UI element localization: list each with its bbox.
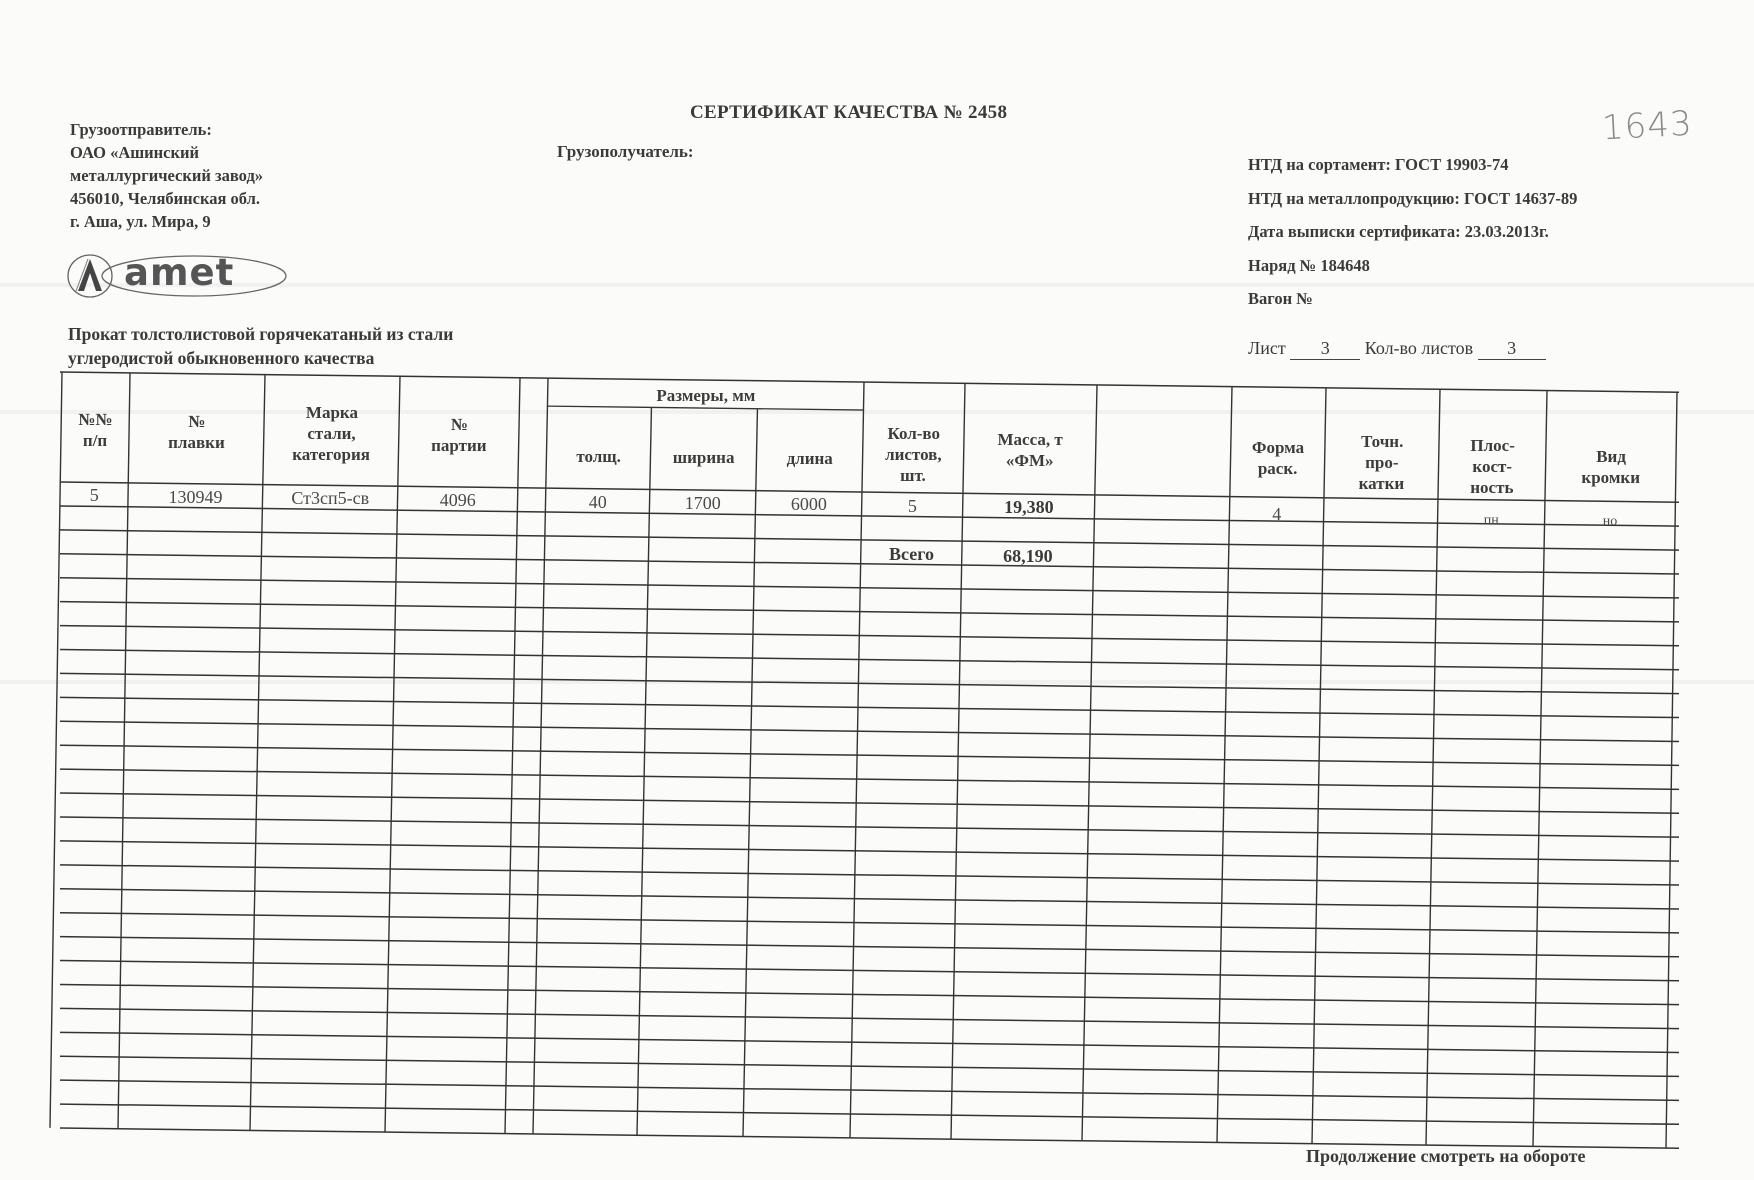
header-quantity: листов, bbox=[885, 445, 942, 465]
header-roll-accuracy: про- bbox=[1365, 453, 1398, 473]
sender-line: г. Аша, ул. Мира, 9 bbox=[70, 210, 263, 233]
product-description: Прокат толстолистовой горячекатаный из с… bbox=[68, 322, 453, 370]
header-num: п/п bbox=[83, 431, 107, 451]
header-grade: стали, bbox=[307, 424, 355, 444]
sheet-value: 3 bbox=[1290, 338, 1360, 360]
cell-mass: 19,380 bbox=[1004, 497, 1054, 517]
cell-width: 1700 bbox=[685, 493, 721, 513]
continuation-note: Продолжение смотреть на обороте bbox=[1306, 1146, 1585, 1167]
cell-thickness: 40 bbox=[589, 492, 607, 512]
sheet-count-value: 3 bbox=[1478, 338, 1546, 360]
header-flatness: Плос- bbox=[1470, 436, 1514, 456]
header-batch: № bbox=[451, 415, 468, 435]
total-label: Всего bbox=[889, 544, 934, 564]
product-ntd: НТД на металлопродукцию: ГОСТ 14637-89 bbox=[1248, 182, 1577, 216]
sender-line: 456010, Челябинская обл. bbox=[70, 187, 263, 210]
header-mass: Масса, т bbox=[998, 430, 1063, 450]
header-heat: № bbox=[188, 412, 205, 432]
header-thickness: толщ. bbox=[576, 447, 621, 467]
sender-block: Грузоотправитель: ОАО «Ашинский металлур… bbox=[70, 118, 263, 233]
cell-grade: Ст3сп5-св bbox=[291, 488, 369, 508]
cell-num: 5 bbox=[90, 485, 99, 505]
header-quantity: Кол-во bbox=[887, 424, 940, 444]
sender-label: Грузоотправитель: bbox=[70, 118, 263, 141]
scan-artifact bbox=[0, 680, 1754, 684]
header-batch: партии bbox=[431, 436, 486, 456]
product-line: Прокат толстолистовой горячекатаный из с… bbox=[68, 322, 453, 346]
cell-quantity: 5 bbox=[908, 496, 917, 516]
cell-batch: 4096 bbox=[440, 490, 476, 510]
header-flatness: ность bbox=[1470, 478, 1513, 498]
header-grade: Марка bbox=[306, 403, 358, 423]
consignee-label: Грузополучатель: bbox=[557, 142, 694, 162]
cell-length: 6000 bbox=[791, 494, 827, 514]
sender-line: ОАО «Ашинский bbox=[70, 141, 263, 164]
issue-date: Дата выписки сертификата: 23.03.2013г. bbox=[1248, 215, 1577, 249]
header-num: №№ bbox=[78, 410, 112, 430]
header-dimensions-group: Размеры, мм bbox=[656, 386, 755, 406]
sheet-count-label: Кол-во листов bbox=[1365, 338, 1473, 358]
header-cut-form: раск. bbox=[1258, 459, 1298, 479]
logo-text: amet bbox=[124, 251, 234, 294]
header-heat: плавки bbox=[168, 433, 225, 453]
assortment-ntd: НТД на сортамент: ГОСТ 19903-74 bbox=[1248, 148, 1577, 182]
header-grade: категория bbox=[292, 445, 370, 465]
order-number: Наряд № 184648 bbox=[1248, 249, 1577, 283]
cell-edge-type: но bbox=[1603, 512, 1618, 532]
header-width: ширина bbox=[673, 448, 735, 468]
product-line: углеродистой обыкновенного качества bbox=[68, 346, 453, 370]
scan-artifact bbox=[0, 410, 1754, 414]
header-quantity: шт. bbox=[900, 466, 926, 486]
header-roll-accuracy: катки bbox=[1359, 474, 1405, 494]
company-logo: amet bbox=[66, 251, 290, 301]
sheet-counter: Лист 3 Кол-во листов 3 bbox=[1248, 338, 1546, 360]
header-length: длина bbox=[787, 449, 833, 469]
certificate-title: СЕРТИФИКАТ КАЧЕСТВА № 2458 bbox=[690, 102, 1007, 124]
wagon-number: Вагон № bbox=[1248, 282, 1577, 316]
total-mass: 68,190 bbox=[1003, 546, 1053, 566]
header-flatness: кост- bbox=[1472, 457, 1512, 477]
sender-line: металлургический завод» bbox=[70, 164, 263, 187]
header-cut-form: Форма bbox=[1252, 438, 1304, 458]
header-mass: «ФМ» bbox=[1006, 451, 1054, 471]
handwritten-note: 1643 bbox=[1601, 104, 1694, 149]
sheet-label: Лист bbox=[1248, 338, 1286, 358]
header-edge-type: кромки bbox=[1581, 468, 1640, 488]
header-roll-accuracy: Точн. bbox=[1361, 432, 1403, 452]
cell-heat: 130949 bbox=[168, 487, 222, 507]
document-info: НТД на сортамент: ГОСТ 19903-74 НТД на м… bbox=[1248, 148, 1577, 316]
header-edge-type: Вид bbox=[1596, 447, 1626, 467]
cell-flatness: пн bbox=[1484, 511, 1499, 531]
cell-cut-form: 4 bbox=[1272, 504, 1281, 524]
